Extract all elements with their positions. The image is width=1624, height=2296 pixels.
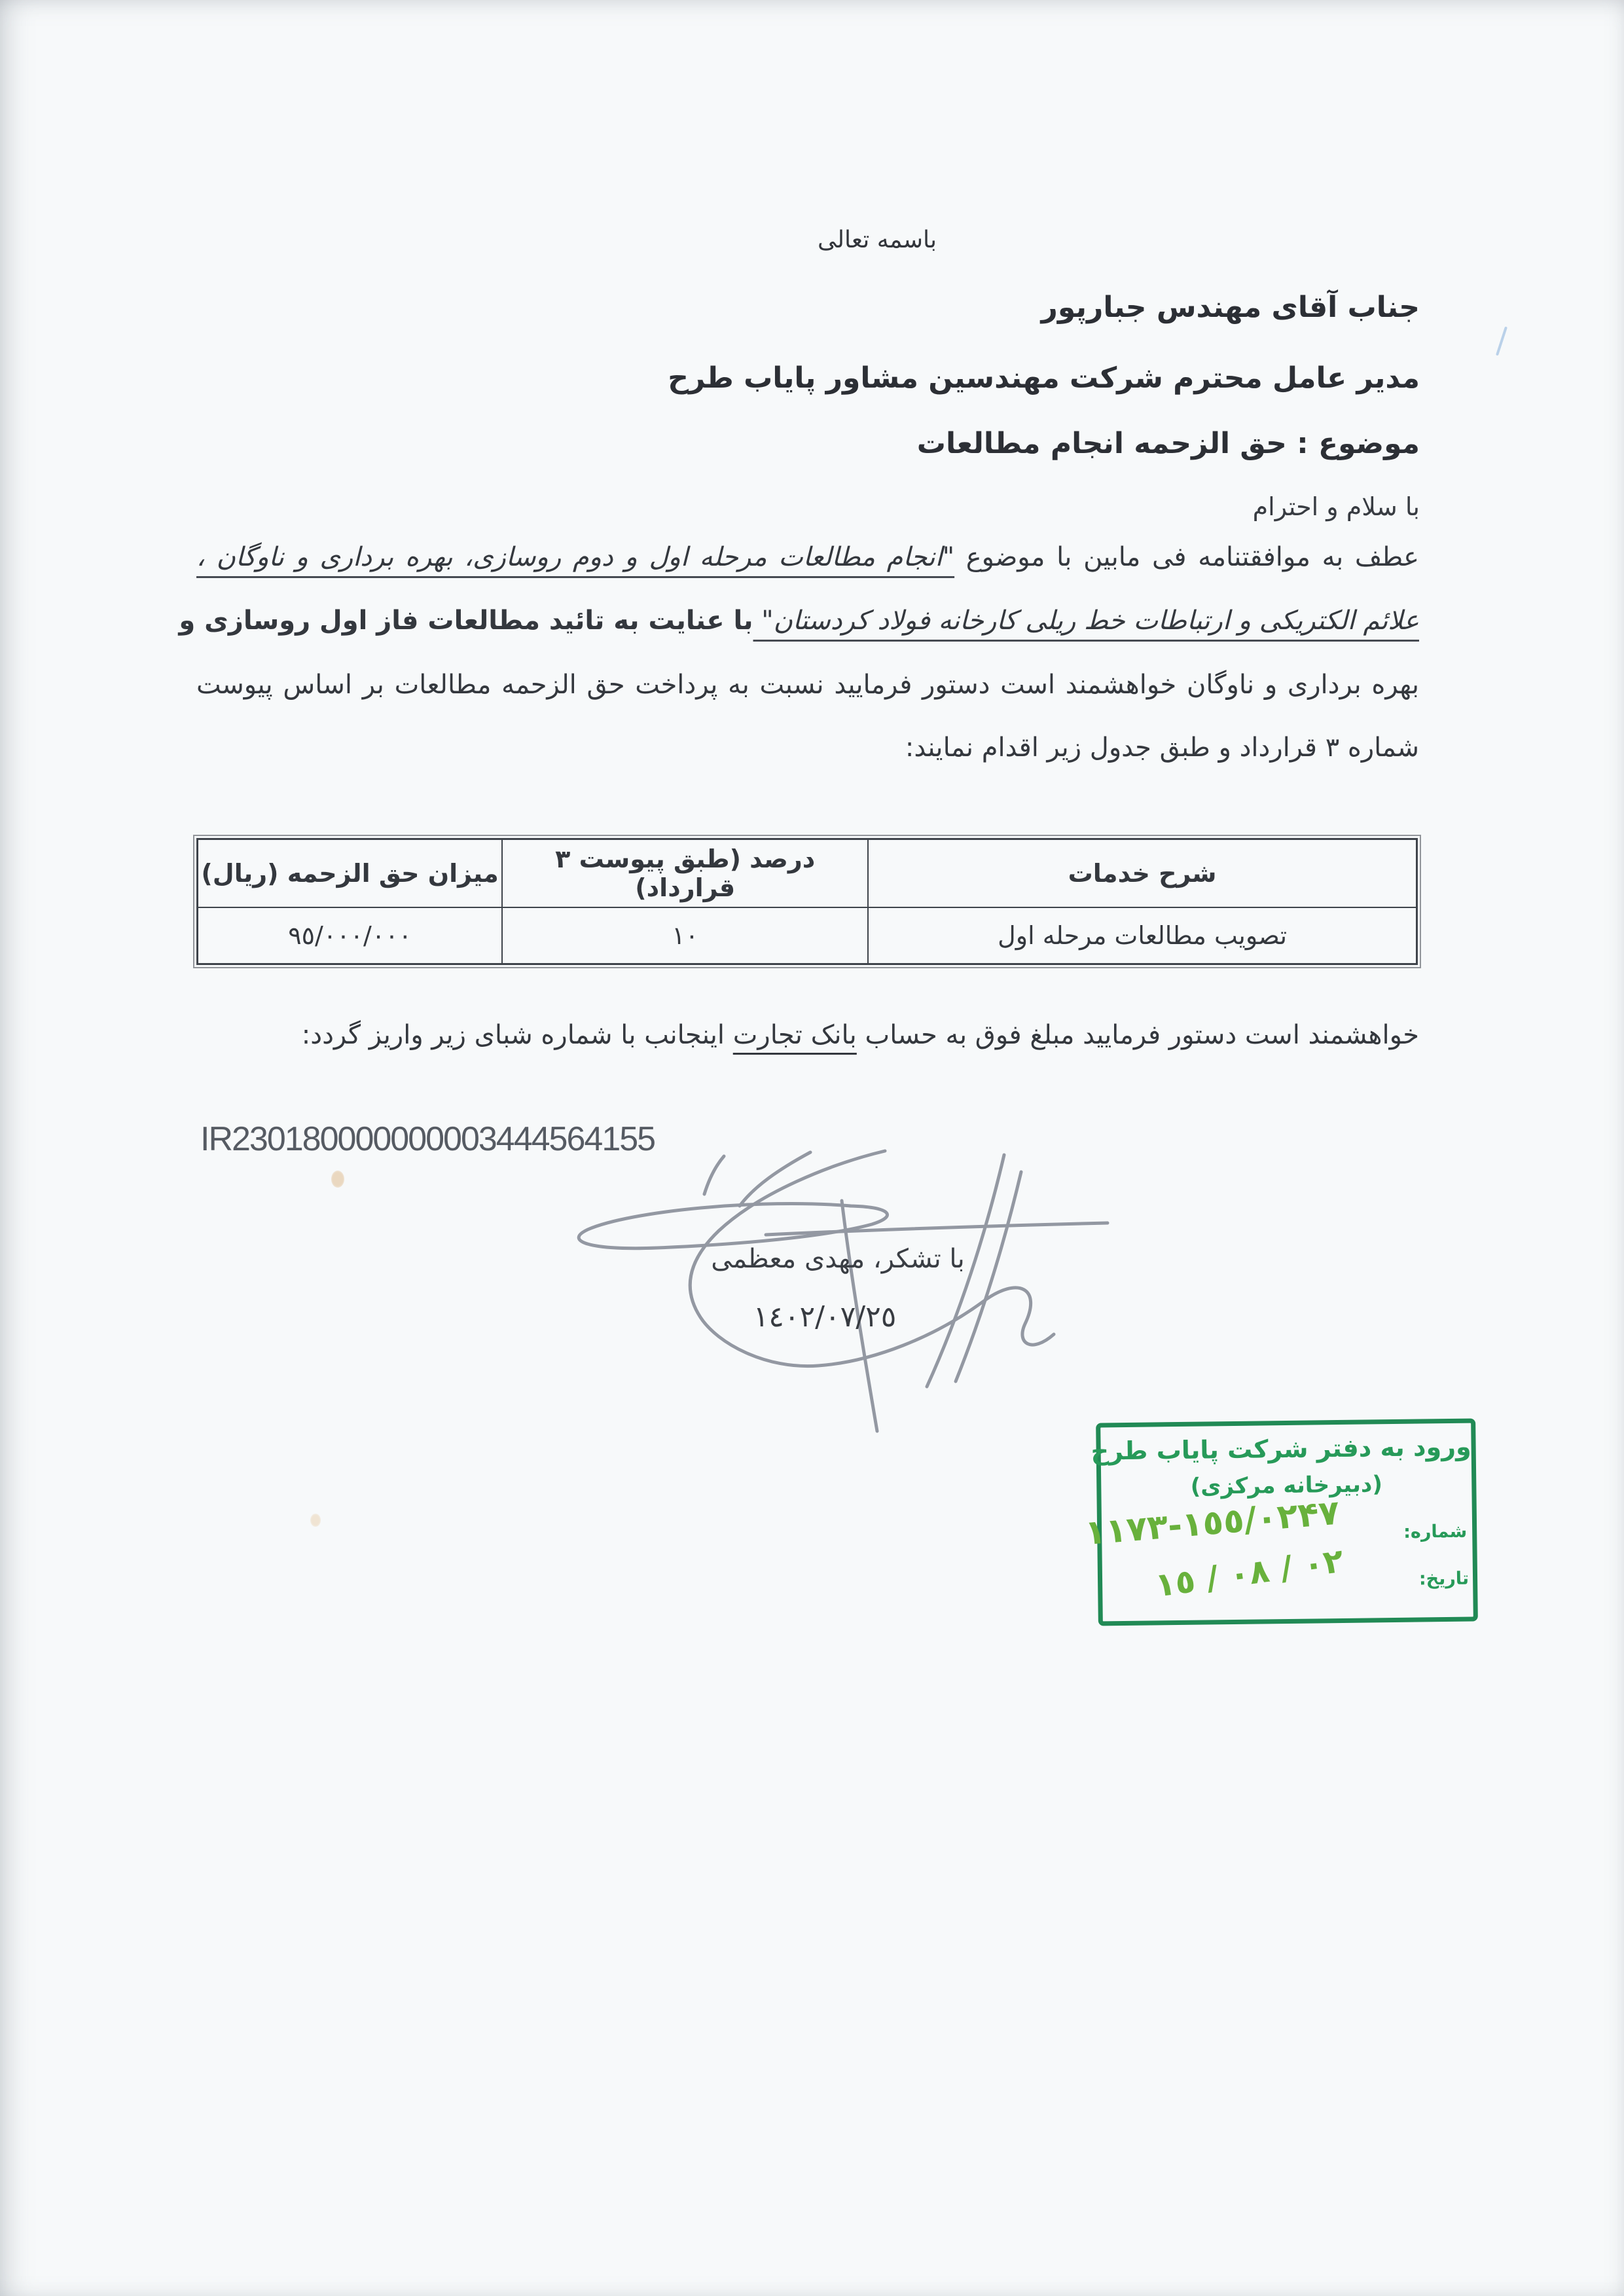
signature-thanks-text: با تشکر، مهدی معظمی [707, 1244, 969, 1274]
recipient-name: جناب آقای مهندس جبارپور [1041, 291, 1420, 324]
subject-line: موضوع : حق الزحمه انجام مطالعات [917, 427, 1420, 460]
stamp-subtitle: (دبیرخانه مرکزی) [1101, 1470, 1471, 1501]
blue-pen-scan-mark [1496, 327, 1507, 356]
payment-request-line: خواهشمند است دستور فرمایید مبلغ فوق به ح… [196, 1020, 1419, 1050]
fee-table-cell-service: تصویب مطالعات مرحله اول [868, 907, 1416, 964]
recipient-title: مدیر عامل محترم شرکت مهندسین مشاور پایاب… [668, 361, 1420, 395]
body-line-1: عطف به موافقتنامه فی مابین با موضوع "انج… [196, 542, 1419, 572]
stamp-number-handwritten: ١٥٥/٠٢-١١٧٣۴٧ [1083, 1493, 1341, 1554]
handwritten-signature [556, 1126, 1178, 1453]
fee-table-data-row: تصویب مطالعات مرحله اول ١٠ ٩٥/٠٠٠/٠٠٠ [198, 907, 1417, 964]
fee-table-header-service: شرح خدمات [868, 839, 1416, 908]
fee-table-header-percent: درصد (طبق پیوست ٣ قرارداد) [502, 839, 868, 908]
body-line-3: بهره برداری و ناوگان خواهشمند است دستور … [196, 670, 1419, 700]
scanned-letter-page: باسمه تعالی جناب آقای مهندس جبارپور مدیر… [0, 0, 1624, 2296]
fee-table-header-row: شرح خدمات درصد (طبق پیوست ٣ قرارداد) میز… [198, 839, 1417, 908]
signature-stroke-loop [579, 1203, 887, 1248]
body-line-4: شماره ٣ قرارداد و طبق جدول زیر اقدام نما… [196, 733, 1419, 763]
body-line-2-contract-title: علائم الکتریکی و ارتباطات خط ریلی کارخان… [753, 606, 1419, 636]
body-line-2: علائم الکتریکی و ارتباطات خط ریلی کارخان… [196, 606, 1419, 636]
salutation: با سلام و احترام [1253, 492, 1420, 521]
signature-stroke-diagonal2 [956, 1172, 1021, 1381]
payment-line-part2: اینجانب با شماره شبای زیر واریز گردد: [302, 1020, 733, 1050]
office-entry-stamp: ورود به دفتر شرکت پایاب طرح (دبیرخانه مر… [1096, 1418, 1478, 1626]
stamp-number-label: شماره: [1403, 1522, 1467, 1542]
payment-line-part1: خواهشمند است دستور فرمایید مبلغ فوق به ح… [857, 1020, 1419, 1050]
fee-table-cell-amount: ٩٥/٠٠٠/٠٠٠ [198, 907, 503, 964]
body-line-1-normal: عطف به موافقتنامه فی مابین با موضوع [954, 542, 1419, 572]
signature-stroke-topleft [704, 1156, 724, 1194]
fee-table-cell-percent: ١٠ [502, 907, 868, 964]
bank-name: بانک تجارت [733, 1020, 857, 1050]
fee-table-header-amount: میزان حق الزحمه (ریال) [198, 839, 503, 908]
signature-date: ١٤٠٢/٠٧/٢٥ [733, 1300, 916, 1334]
besmellah-heading: باسمه تعالی [746, 227, 1008, 253]
body-line-1-contract-title: "انجام مطالعات مرحله اول و دوم روسازی، ب… [196, 542, 954, 572]
stamp-date-label: تاریخ: [1419, 1569, 1470, 1590]
fee-table: شرح خدمات درصد (طبق پیوست ٣ قرارداد) میز… [196, 838, 1418, 965]
paper-stain-dot [331, 1171, 344, 1188]
body-line-2-emphasis: با عنایت به تائید مطالعات فاز اول روسازی… [179, 606, 753, 636]
stamp-title: ورود به دفتر شرکت پایاب طرح [1100, 1432, 1471, 1466]
stamp-date-handwritten: ٠٢ / ٠٨ / ١٥ [1153, 1542, 1345, 1605]
signature-stroke-horizontal [766, 1223, 1108, 1235]
paper-stain-dot-small [310, 1514, 321, 1527]
